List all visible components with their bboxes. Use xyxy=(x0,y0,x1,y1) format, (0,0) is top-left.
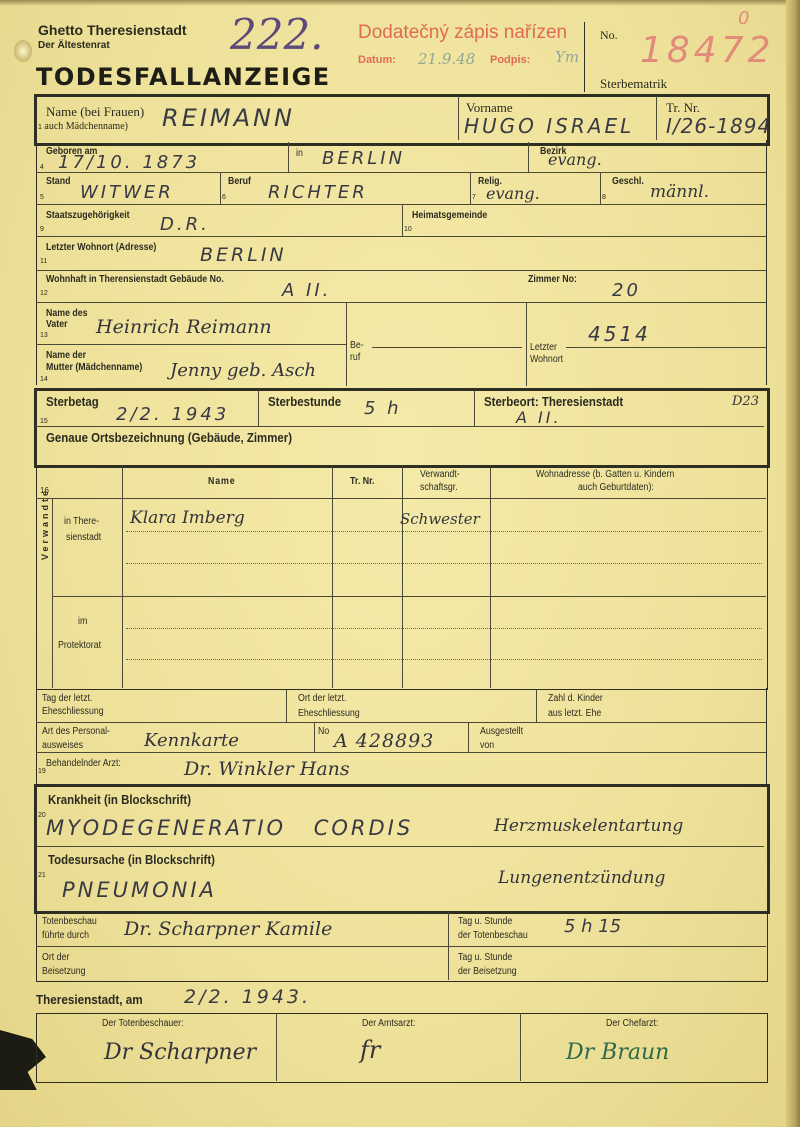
divider xyxy=(276,1013,277,1081)
relative-name[interactable]: Klara Imberg xyxy=(130,508,245,528)
vorname-value[interactable]: HUGO ISRAEL xyxy=(464,114,634,138)
field-number: 4 xyxy=(40,164,44,171)
letzter-label2: Wohnort xyxy=(530,354,563,365)
entry-line xyxy=(126,531,762,532)
col-verw2: schaftsgr. xyxy=(420,482,458,493)
letzter-line xyxy=(566,347,766,348)
divider xyxy=(346,302,347,386)
name-label-text: Name (bei Frauen) xyxy=(46,104,144,119)
row-divider xyxy=(36,752,766,753)
place-label: Theresienstadt, am xyxy=(36,992,143,1007)
vater-label2: Vater xyxy=(46,319,68,330)
tag-stunde-label1: Tag u. Stunde xyxy=(458,916,512,927)
group2-label2: Protektorat xyxy=(58,640,101,651)
totenbeschau-value[interactable]: Dr. Scharpner Kamile xyxy=(124,918,332,940)
name-label: Name (bei Frauen) xyxy=(46,104,144,120)
letzter-value[interactable]: 4514 xyxy=(588,322,651,346)
beruf-line xyxy=(372,347,522,348)
col-wohn2: auch Geburtdaten): xyxy=(578,482,654,493)
beruf-label: Beruf xyxy=(228,176,251,187)
field-number: 6 xyxy=(222,194,226,201)
row-divider xyxy=(36,270,766,271)
field-number: 5 xyxy=(40,194,44,201)
vater-label1: Name des xyxy=(46,308,88,319)
form-left-border xyxy=(36,140,37,385)
zimmer-value[interactable]: 20 xyxy=(612,280,641,301)
stand-label: Stand xyxy=(46,176,70,187)
header-divider xyxy=(36,498,766,499)
field-number: 1 xyxy=(38,124,42,131)
row-divider xyxy=(36,172,766,173)
geboren-value[interactable]: 17/10. 1873 xyxy=(58,152,200,173)
sig3-label: Der Chefarzt: xyxy=(606,1018,658,1029)
group-divider xyxy=(52,596,766,597)
sig2-value[interactable]: fr xyxy=(360,1036,380,1064)
org-subtitle: Der Ältestenrat xyxy=(38,40,110,51)
ausweis-label2: ausweises xyxy=(42,740,83,751)
sig2-label: Der Amtsarzt: xyxy=(362,1018,415,1029)
entry-line xyxy=(126,563,762,564)
sig3-value[interactable]: Dr Braun xyxy=(566,1040,669,1065)
letzter-label1: Letzter xyxy=(530,342,557,353)
page-title: TODESFALLANZEIGE xyxy=(36,63,331,91)
group2-label1: im xyxy=(78,616,87,627)
divider xyxy=(520,1013,521,1081)
divider xyxy=(526,302,527,386)
krankheit-label: Krankheit (in Blockschrift) xyxy=(48,794,191,805)
divider xyxy=(286,690,287,722)
field-number: 13 xyxy=(40,332,48,339)
punch-hole xyxy=(14,40,32,62)
col-divider xyxy=(402,466,403,688)
mutter-label1: Name der xyxy=(46,350,86,361)
footer-date[interactable]: 2/2. 1943. xyxy=(184,986,311,1008)
col-verw1: Verwandt- xyxy=(420,469,460,480)
no-label: No. xyxy=(600,28,618,43)
arzt-value[interactable]: Dr. Winkler Hans xyxy=(184,758,350,780)
arzt-label: Behandelnder Arzt: xyxy=(46,758,121,769)
marriage-ort-label1: Ort der letzt. xyxy=(298,693,346,704)
ausweis-no-label: No xyxy=(318,726,329,737)
field-number: 15 xyxy=(40,418,48,425)
zimmer-label: Zimmer No: xyxy=(528,274,577,285)
divider xyxy=(656,96,657,140)
entry-line xyxy=(126,659,762,660)
row-divider xyxy=(36,722,766,723)
stand-value[interactable]: WITWER xyxy=(80,182,174,203)
sterbetag-value[interactable]: 2/2. 1943 xyxy=(116,404,229,425)
field-number: 12 xyxy=(40,290,48,297)
geschl-label: Geschl. xyxy=(612,176,644,187)
field-number: 8 xyxy=(602,194,606,201)
col-divider xyxy=(490,466,491,688)
trnr-value[interactable]: I/26-1894 xyxy=(666,114,771,138)
divider xyxy=(458,96,459,140)
stamp-podpis-label: Podpis: xyxy=(490,54,530,66)
sig1-label: Der Totenbeschauer: xyxy=(102,1018,184,1029)
name-box xyxy=(34,94,770,146)
divider xyxy=(220,172,221,204)
bezirk-value[interactable]: evang. xyxy=(548,150,602,169)
genaue-label: Genaue Ortsbezeichnung (Gebäude, Zimmer) xyxy=(46,432,292,443)
label-divider xyxy=(52,498,53,688)
header-divider xyxy=(584,22,585,92)
krankheit-value[interactable]: MYODEGENERATIO CORDIS xyxy=(46,816,413,840)
field-number: 9 xyxy=(40,226,44,233)
sterbeort-value[interactable]: A II. xyxy=(516,408,562,427)
corner-note: D23 xyxy=(732,394,759,409)
divider xyxy=(528,142,529,172)
vater-value[interactable]: Heinrich Reimann xyxy=(96,316,272,338)
field-number: 11 xyxy=(40,258,47,265)
field-number: 21 xyxy=(38,872,46,879)
field-number: 19 xyxy=(38,768,46,775)
verwandte-vertical-label: Verwandte xyxy=(40,460,50,560)
ort-beisetzung-label1: Ort der xyxy=(42,952,69,963)
entry-line xyxy=(126,628,762,629)
group1-label1: in There- xyxy=(64,516,99,527)
name-value[interactable]: REIMANN xyxy=(162,104,295,132)
sterbestunde-value[interactable]: 5 h xyxy=(364,398,402,419)
row-divider xyxy=(36,946,766,947)
row-divider xyxy=(36,846,764,847)
divider xyxy=(474,390,475,426)
divider xyxy=(470,172,471,204)
relative-relation[interactable]: Schwester xyxy=(400,510,480,528)
col-trnr: Tr. Nr. xyxy=(350,476,374,487)
todesursache-label: Todesursache (in Blockschrift) xyxy=(48,854,215,865)
stamp-podpis-value: Ym xyxy=(555,48,579,66)
mutter-label2: Mutter (Mädchenname) xyxy=(46,362,142,373)
ausgestellt-label1: Ausgestellt xyxy=(480,726,523,737)
krankheit-german[interactable]: Herzmuskelentartung xyxy=(494,816,683,836)
wohnort-label: Letzter Wohnort (Adresse) xyxy=(46,242,156,253)
ausgestellt-label2: von xyxy=(480,740,494,751)
col-divider xyxy=(332,466,333,688)
beruf2-label2: ruf xyxy=(350,352,360,363)
col-name: Name xyxy=(208,476,236,487)
name-label2: 1 auch Mädchenname) xyxy=(38,121,128,132)
ort-beisetzung-label2: Beisetzung xyxy=(42,966,86,977)
paper-edge-right xyxy=(786,0,800,1127)
form-left-border xyxy=(36,688,37,784)
col-divider xyxy=(122,466,123,688)
row-divider xyxy=(36,344,346,345)
col-wohn1: Wohnadresse (b. Gatten u. Kindern xyxy=(536,469,674,480)
field-number: 20 xyxy=(38,812,46,819)
beisetzung-label2: der Beisetzung xyxy=(458,966,517,977)
beruf-value[interactable]: RICHTER xyxy=(268,182,368,203)
stamp-datum-label: Datum: xyxy=(358,54,396,66)
divider xyxy=(402,204,403,236)
divider xyxy=(314,722,315,752)
name-label2-text: auch Mädchenname) xyxy=(44,121,128,132)
todesursache-german[interactable]: Lungenentzündung xyxy=(498,868,665,888)
totenbeschau-label2: führte durch xyxy=(42,930,89,941)
handwritten-number: 222. xyxy=(230,10,324,59)
divider xyxy=(536,690,537,722)
in-value[interactable]: BERLIN xyxy=(322,148,405,169)
totenbeschau-label1: Totenbeschau xyxy=(42,916,97,927)
row-divider xyxy=(36,236,766,237)
kinder-label2: aus letzt. Ehe xyxy=(548,708,601,719)
group1-label2: sienstadt xyxy=(66,532,101,543)
org-name: Ghetto Theresienstadt xyxy=(38,22,187,38)
stamp-datum-value: 21.9.48 xyxy=(418,50,475,68)
wohnhaft-label: Wohnhaft in Therensienstadt Gebäude No. xyxy=(46,274,224,285)
marriage-ort-label2: Eheschliessung xyxy=(298,708,360,719)
relig-value[interactable]: evang. xyxy=(486,184,540,203)
row-divider xyxy=(36,426,764,427)
divider xyxy=(600,172,601,204)
divider xyxy=(288,142,289,172)
form-right-border xyxy=(766,688,767,784)
sterbeort-label: Sterbeort: Theresienstadt xyxy=(484,396,623,407)
ausweis-no-value[interactable]: A 428893 xyxy=(334,730,434,752)
sterbetag-label: Sterbetag xyxy=(46,396,99,407)
paper-edge-top xyxy=(0,0,800,6)
wohnort-value[interactable]: BERLIN xyxy=(200,244,287,266)
row-divider xyxy=(36,302,766,303)
sterbematrik-label: Sterbematrik xyxy=(600,76,667,92)
heimat-label: Heimatsgemeinde xyxy=(412,210,487,221)
form-right-border xyxy=(766,140,767,385)
mutter-value[interactable]: Jenny geb. Asch xyxy=(170,360,316,381)
beisetzung-label1: Tag u. Stunde xyxy=(458,952,512,963)
field-number: 7 xyxy=(472,194,476,201)
ausweis-label1: Art des Personal- xyxy=(42,726,110,737)
tag-stunde-label2: der Totenbeschau xyxy=(458,930,528,941)
sig1-value[interactable]: Dr Scharpner xyxy=(104,1040,256,1065)
no-superscript: 0 xyxy=(738,8,752,29)
no-value: 18472 xyxy=(640,30,775,71)
field-number: 14 xyxy=(40,376,48,383)
todesursache-value[interactable]: PNEUMONIA xyxy=(62,878,217,902)
tag-stunde-value[interactable]: 5 h 15 xyxy=(564,916,621,937)
ausweis-value[interactable]: Kennkarte xyxy=(144,730,239,751)
staat-label: Staatszugehörigkeit xyxy=(46,210,130,221)
divider xyxy=(258,390,259,426)
divider xyxy=(468,722,469,752)
wohnhaft-value[interactable]: A II. xyxy=(282,280,331,301)
marriage-tag-label1: Tag der letzt. xyxy=(42,693,92,704)
kinder-label1: Zahl d. Kinder xyxy=(548,693,603,704)
beruf2-label1: Be- xyxy=(350,340,364,351)
field-number: 10 xyxy=(404,226,412,233)
staat-value[interactable]: D.R. xyxy=(160,214,210,235)
in-label: in xyxy=(296,148,303,159)
marriage-tag-label2: Eheschliessung xyxy=(42,706,104,717)
row-divider xyxy=(36,204,766,205)
death-box xyxy=(34,388,770,468)
stamp-text: Dodatečný zápis nařízen xyxy=(358,22,567,44)
sterbestunde-label: Sterbestunde xyxy=(268,396,341,407)
geschl-value[interactable]: männl. xyxy=(650,182,709,202)
